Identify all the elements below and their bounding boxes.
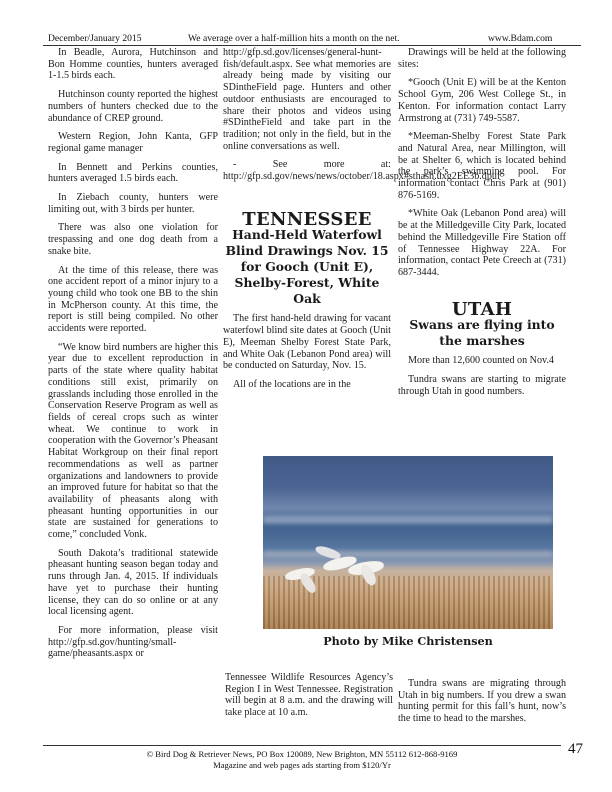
paragraph: Tennessee Wildlife Resources Agency’s Re… — [225, 672, 393, 719]
paragraph: At the time of this release, there was o… — [48, 265, 218, 335]
paragraph: All of the locations are in the — [223, 379, 391, 391]
column-1: In Beadle, Aurora, Hutchinson and Bon Ho… — [48, 47, 218, 667]
paragraph: In Beadle, Aurora, Hutchinson and Bon Ho… — [48, 47, 218, 82]
footer-divider — [43, 745, 561, 746]
utah-state-heading: UTAH — [398, 304, 566, 316]
paragraph: In Ziebach county, hunters were limiting… — [48, 192, 218, 215]
tennessee-state-heading: TENNESSEE — [223, 214, 391, 226]
ad-rates: Magazine and web pages ads starting from… — [43, 760, 561, 771]
paragraph: - See more at: http://gfp.sd.gov/news/ne… — [223, 159, 391, 182]
paragraph: *Gooch (Unit E) will be at the Kenton Sc… — [398, 77, 566, 124]
header-divider — [43, 45, 581, 46]
paragraph: Western Region, John Kanta, GFP regional… — [48, 131, 218, 154]
paragraph: *Meeman-Shelby Forest State Park and Nat… — [398, 131, 566, 201]
page-header: December/January 2015 We average over a … — [48, 33, 478, 45]
header-tagline: We average over a half-million hits a mo… — [188, 33, 400, 44]
swan-photo — [263, 456, 553, 629]
paragraph: Tundra swans are starting to migrate thr… — [398, 374, 566, 397]
paragraph: “We know bird numbers are higher this ye… — [48, 342, 218, 541]
utah-headline: Swans are flying into the marshes — [398, 317, 566, 349]
issue-date: December/January 2015 — [48, 33, 142, 44]
paragraph: For more information, please visit http:… — [48, 625, 218, 660]
tennessee-headline: Hand-Held Waterfowl Blind Drawings Nov. … — [223, 227, 391, 307]
paragraph: In Bennett and Perkins counties, hunters… — [48, 162, 218, 185]
paragraph: *White Oak (Lebanon Pond area) will be a… — [398, 208, 566, 278]
website-link[interactable]: www.Bdam.com — [488, 33, 552, 44]
column-3: Drawings will be held at the following s… — [398, 47, 566, 404]
utah-continuation: Tundra swans are migrating through Utah … — [398, 678, 566, 725]
page-footer: © Bird Dog & Retriever News, PO Box 1200… — [43, 749, 561, 771]
paragraph: More than 12,600 counted on Nov.4 — [398, 355, 566, 367]
paragraph: http://gfp.sd.gov/licenses/general-hunt-… — [223, 47, 391, 152]
tennessee-continuation: Tennessee Wildlife Resources Agency’s Re… — [225, 672, 393, 719]
paragraph: There was also one violation for trespas… — [48, 222, 218, 257]
paragraph: Drawings will be held at the following s… — [398, 47, 566, 70]
photo-horizon-band — [263, 551, 553, 557]
swan-2-wing — [314, 544, 342, 561]
paragraph: Tundra swans are migrating through Utah … — [398, 678, 566, 725]
paragraph: The first hand-held drawing for vacant w… — [223, 313, 391, 372]
column-2: http://gfp.sd.gov/licenses/general-hunt-… — [223, 47, 391, 398]
photo-mountain-band — [263, 516, 553, 524]
page-number: 47 — [568, 741, 583, 758]
photo-caption: Photo by Mike Christensen — [263, 634, 553, 648]
publisher-contact: © Bird Dog & Retriever News, PO Box 1200… — [43, 749, 561, 760]
paragraph: South Dakota’s traditional statewide phe… — [48, 548, 218, 618]
paragraph: Hutchinson county reported the highest n… — [48, 89, 218, 124]
